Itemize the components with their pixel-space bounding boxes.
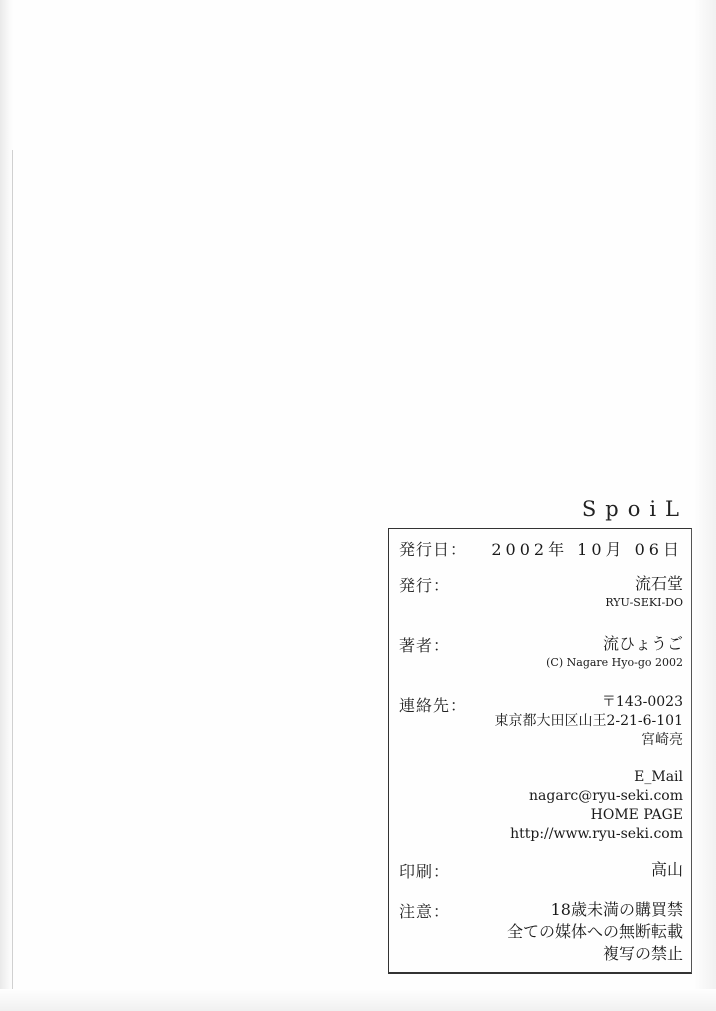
author-label: 著者： xyxy=(399,633,450,656)
contact-person: 宮崎亮 xyxy=(494,731,683,750)
page-bottom-shadow xyxy=(0,989,716,1011)
publisher-label: 発行： xyxy=(399,573,450,596)
book-title: SpoiL xyxy=(560,497,688,521)
page-binding-edge xyxy=(0,0,14,1011)
issue-date-label: 発行日： xyxy=(399,537,467,560)
publisher-row: 発行： 流石堂 RYU-SEKI-DO xyxy=(399,573,683,613)
printer-row: 印刷： 高山 xyxy=(399,859,683,883)
binding-line xyxy=(12,150,13,990)
page-right-shadow xyxy=(694,0,716,1011)
author-copyright: (C) Nagare Hyo-go 2002 xyxy=(546,655,683,671)
author-row: 著者： 流ひょうご (C) Nagare Hyo-go 2002 xyxy=(399,633,683,673)
homepage-label: HOME PAGE xyxy=(494,806,683,825)
address: 東京都大田区山王2-21-6-101 xyxy=(494,712,683,731)
contact-label: 連絡先： xyxy=(399,693,467,716)
email-address: nagarc@ryu-seki.com xyxy=(494,787,683,806)
notice-label: 注意： xyxy=(399,899,450,922)
notice-line: 18歳未満の購買禁 xyxy=(507,899,683,921)
email-label: E_Mail xyxy=(494,768,683,787)
contact-row: 連絡先： 〒143-0023 東京都大田区山王2-21-6-101 宮崎亮 E_… xyxy=(399,693,683,833)
publisher-romaji: RYU-SEKI-DO xyxy=(605,595,683,611)
homepage-url: http://www.ryu-seki.com xyxy=(494,825,683,844)
issue-date-row: 発行日： 2002年 10月 06日 xyxy=(399,537,683,561)
colophon-box: 発行日： 2002年 10月 06日 発行： 流石堂 RYU-SEKI-DO 著… xyxy=(388,528,692,974)
notice-row: 注意： 18歳未満の購買禁 全ての媒体への無断転載 複写の禁止 xyxy=(399,899,683,965)
printer-name: 高山 xyxy=(651,859,683,881)
author-name: 流ひょうご xyxy=(546,633,683,655)
publisher-name: 流石堂 xyxy=(605,573,683,595)
printer-label: 印刷： xyxy=(399,859,450,882)
postal-code: 〒143-0023 xyxy=(494,693,683,712)
notice-line: 全ての媒体への無断転載 xyxy=(507,921,683,943)
notice-line: 複写の禁止 xyxy=(507,943,683,965)
issue-date-value: 2002年 10月 06日 xyxy=(491,537,683,560)
